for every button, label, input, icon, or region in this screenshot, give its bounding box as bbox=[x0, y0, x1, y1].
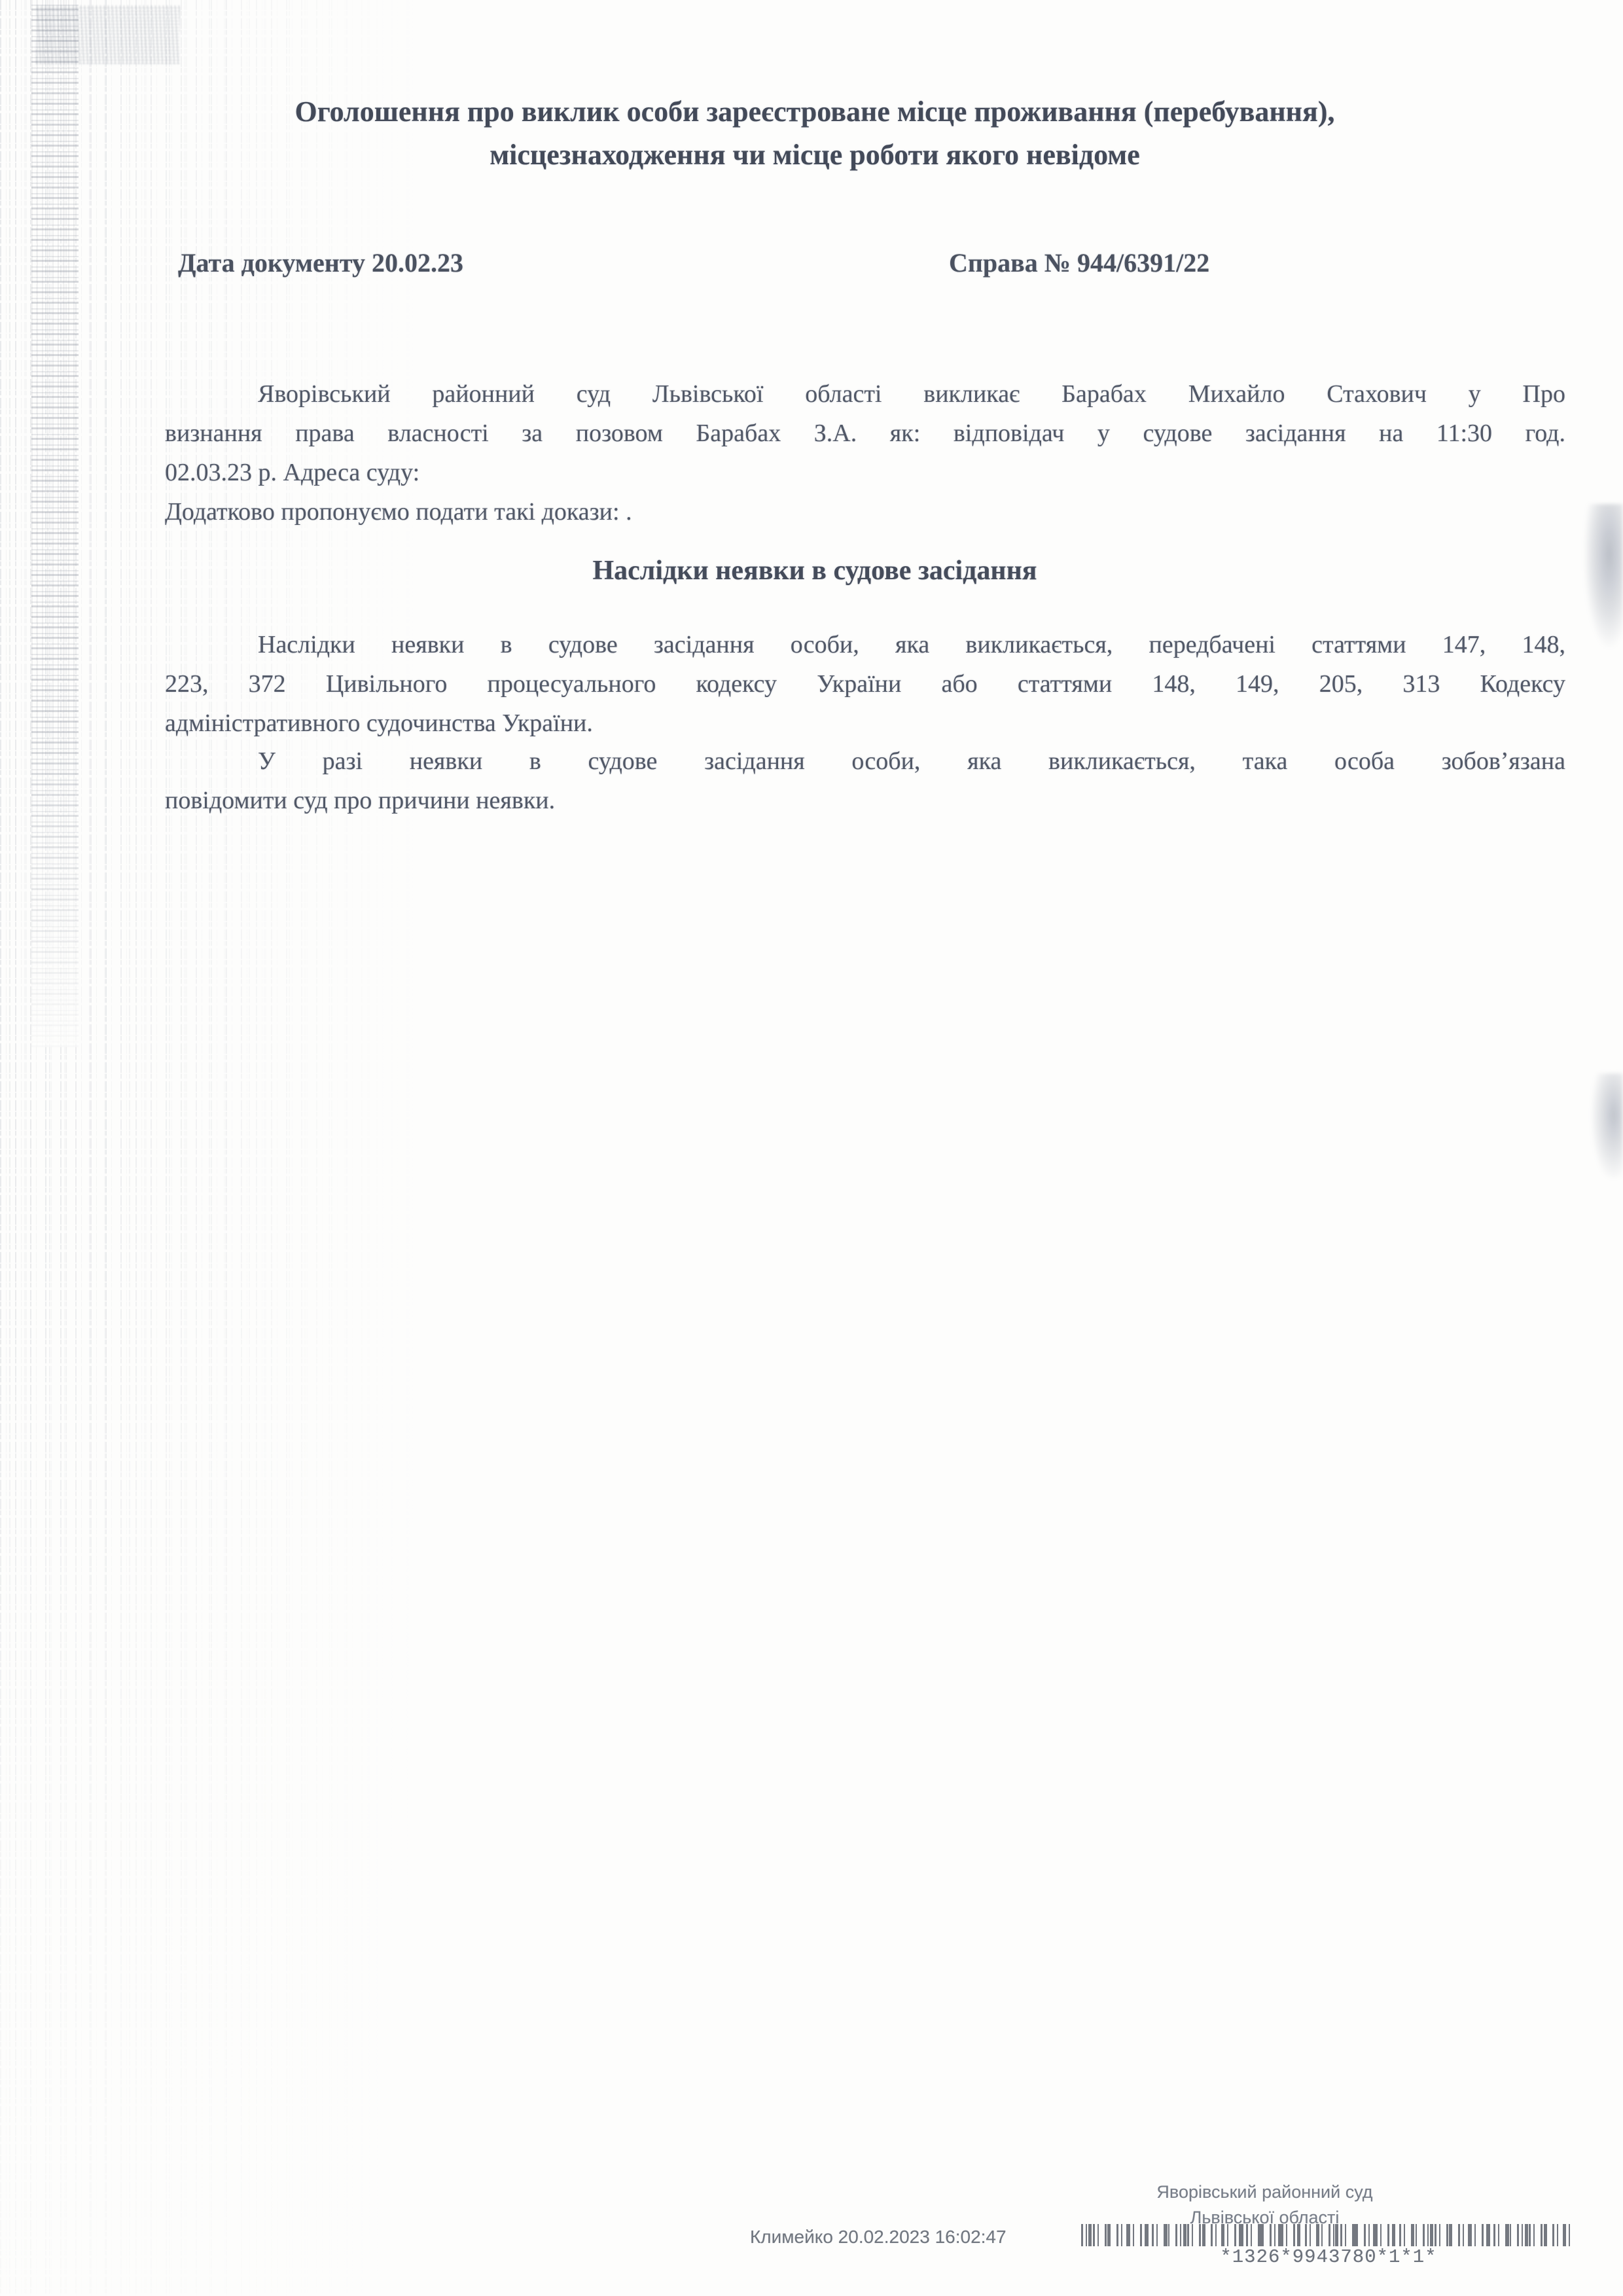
document-title: Оголошення про виклик особи зареєстрован… bbox=[177, 90, 1453, 177]
summons-line-4: Додатково пропонуємо подати такі докази:… bbox=[165, 492, 1565, 531]
obligation-line-1: У разі неявки в судове засідання особи, … bbox=[165, 742, 1565, 781]
footer-court-name: Яворівський районний суд Львівської обла… bbox=[1047, 2179, 1482, 2231]
barcode-text: *1326*9943780*1*1* bbox=[1081, 2246, 1576, 2268]
scanner-noise-left-edge bbox=[31, 0, 79, 1047]
document-title-line-2: місцезнаходження чи місце роботи якого н… bbox=[177, 134, 1453, 177]
scan-smudge-right-middle bbox=[1592, 1073, 1623, 1178]
scanned-court-document-page: Оголошення про виклик особи зареєстрован… bbox=[0, 0, 1623, 2296]
document-date: Дата документу 20.02.23 bbox=[178, 247, 463, 278]
paragraph-summons: Яворівський районний суд Львівської обла… bbox=[165, 374, 1565, 531]
document-title-line-1: Оголошення про виклик особи зареєстрован… bbox=[177, 90, 1453, 134]
case-number: Справа № 944/6391/22 bbox=[949, 247, 1209, 278]
consequences-line-3: адміністративного судочинства України. bbox=[165, 704, 1565, 743]
section-heading: Наслідки неявки в судове засідання bbox=[177, 555, 1453, 586]
summons-line-3: 02.03.23 р. Адреса суду: bbox=[165, 453, 1565, 492]
summons-line-1: Яворівський районний суд Львівської обла… bbox=[165, 374, 1565, 414]
footer-court-name-line-1: Яворівський районний суд bbox=[1047, 2179, 1482, 2205]
consequences-line-2: 223, 372 Цивільного процесуального кодек… bbox=[165, 664, 1565, 704]
obligation-line-2: повідомити суд про причини неявки. bbox=[165, 781, 1565, 820]
scanner-noise-left-band bbox=[0, 0, 419, 2296]
footer-signature-timestamp: Климейко 20.02.2023 16:02:47 bbox=[750, 2227, 1007, 2248]
summons-line-2: визнання права власності за позовом Бара… bbox=[165, 414, 1565, 453]
paragraph-consequences: Наслідки неявки в судове засідання особи… bbox=[165, 625, 1565, 743]
scan-smudge-right-upper bbox=[1584, 504, 1623, 648]
barcode-image bbox=[1081, 2224, 1576, 2246]
scanner-noise-top-left-corner bbox=[36, 5, 180, 64]
consequences-line-1: Наслідки неявки в судове засідання особи… bbox=[165, 625, 1565, 664]
paragraph-obligation: У разі неявки в судове засідання особи, … bbox=[165, 742, 1565, 820]
